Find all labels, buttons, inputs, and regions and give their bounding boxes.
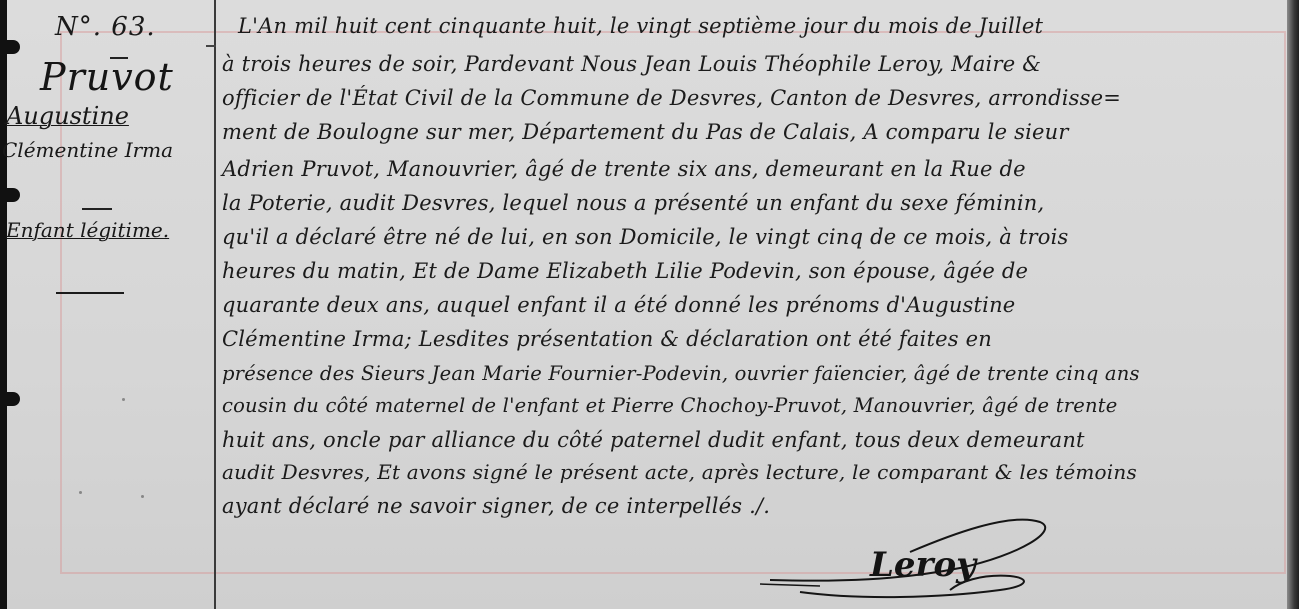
act-line: huit ans, oncle par alliance du côté pat… xyxy=(222,428,1085,452)
paper-speck xyxy=(122,398,125,401)
entry-number: N°. 63. xyxy=(55,12,156,42)
register-page: N°. 63. Pruvot Augustine Clémentine Irma… xyxy=(0,0,1299,609)
child-surname: Pruvot xyxy=(40,55,174,99)
act-line: audit Desvres, Et avons signé le présent… xyxy=(222,460,1137,484)
paper-speck xyxy=(141,495,144,498)
act-line: heures du matin, Et de Dame Elizabeth Li… xyxy=(222,259,1028,283)
right-binding-edge xyxy=(1287,0,1299,609)
mayor-signature: Leroy xyxy=(870,545,976,585)
act-line: quarante deux ans, auquel enfant il a ét… xyxy=(222,293,1015,317)
act-line: L'An mil huit cent cinquante huit, le vi… xyxy=(238,14,1043,38)
divider xyxy=(56,292,124,294)
act-line: ayant déclaré ne savoir signer, de ce in… xyxy=(222,494,770,518)
act-line: à trois heures de soir, Pardevant Nous J… xyxy=(222,52,1041,76)
margin-notes: N°. 63. Pruvot Augustine Clémentine Irma… xyxy=(0,0,212,609)
divider xyxy=(82,208,112,210)
act-line: présence des Sieurs Jean Marie Fournier-… xyxy=(222,362,1140,385)
act-line: Clémentine Irma; Lesdites présentation &… xyxy=(222,327,992,351)
paper-speck xyxy=(79,491,82,494)
act-line: qu'il a déclaré être né de lui, en son D… xyxy=(222,225,1069,249)
legitimacy-status: Enfant légitime. xyxy=(6,218,169,242)
child-middle-names: Clémentine Irma xyxy=(2,138,173,162)
act-line: ment de Boulogne sur mer, Département du… xyxy=(222,120,1069,144)
act-line: la Poterie, audit Desvres, lequel nous a… xyxy=(222,191,1044,215)
act-line: Adrien Pruvot, Manouvrier, âgé de trente… xyxy=(222,157,1026,181)
margin-line xyxy=(214,0,216,609)
act-line: officier de l'État Civil de la Commune d… xyxy=(222,86,1121,110)
child-first-name: Augustine xyxy=(6,102,129,130)
act-line: cousin du côté maternel de l'enfant et P… xyxy=(222,394,1118,417)
